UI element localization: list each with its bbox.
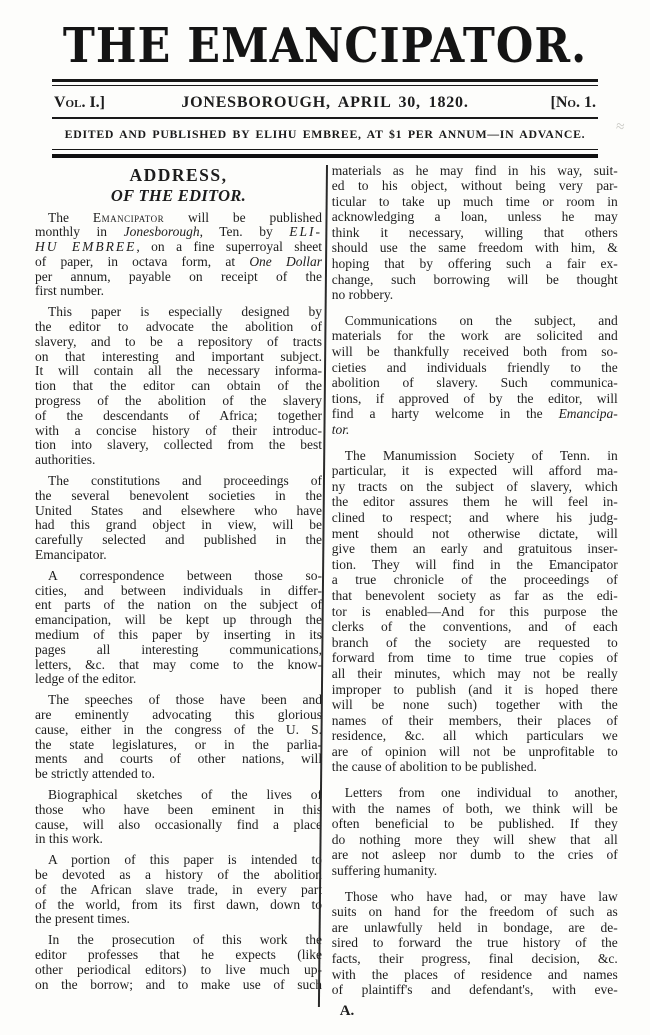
text-line: Those who have had, or may have law xyxy=(332,889,618,905)
text-line: will be thankfully received both from so… xyxy=(332,344,618,360)
paragraph: In the prosecution of this work theedito… xyxy=(35,933,322,992)
issue-label: [No. 1. xyxy=(551,92,596,113)
dateline: JONESBOROUGH, APRIL 30, 1820. xyxy=(52,92,598,113)
text-line: ed to his object, without being very par… xyxy=(332,178,618,194)
text-line: the editor assures them he will feel in- xyxy=(332,494,618,510)
text-line: clined to respect; and where his judg- xyxy=(332,510,618,526)
text-line: of plaintiff's and defendant's, with eve… xyxy=(332,982,618,998)
text-line: give them an early and gratuitous inser- xyxy=(332,541,618,557)
newspaper-page: THE EMANCIPATOR. Vol. I.] JONESBOROUGH, … xyxy=(0,0,650,1035)
text-line: facts, their progress, final decision, &… xyxy=(332,951,618,967)
text-line: be devoted as a history of the abolition xyxy=(35,868,322,883)
text-line: the editor to advocate the abolition of xyxy=(35,320,322,335)
text-line: per annum, payable on receipt of the xyxy=(35,270,322,285)
text-line: In the prosecution of this work the xyxy=(35,933,322,948)
text-line: cause, will also occasionally find a pla… xyxy=(35,818,322,833)
article-heading-line1: ADDRESS, xyxy=(35,165,322,186)
text-line: Emancipator. xyxy=(35,548,322,563)
text-line: cieties and individuals friendly to the xyxy=(332,360,618,376)
dateline-row: Vol. I.] JONESBOROUGH, APRIL 30, 1820. [… xyxy=(52,92,598,113)
printer-signature-mark: A. xyxy=(0,1003,650,1020)
text-line: of the descendants of Africa; together xyxy=(35,409,322,424)
text-line: hoping that by offering such a fair ex- xyxy=(332,256,618,272)
text-line: tor. xyxy=(332,422,618,438)
text-line: Letters from one individual to another, xyxy=(332,785,618,801)
text-line: The constitutions and proceedings of xyxy=(35,474,322,489)
paragraph: A correspondence between those so-cities… xyxy=(35,569,322,687)
text-line: ments and courts of other nations, will xyxy=(35,752,322,767)
text-line: no robbery. xyxy=(332,287,618,303)
text-line: monthly in Jonesborough, Ten. by ELI- xyxy=(35,225,322,240)
paragraph: Communications on the subject, andmateri… xyxy=(332,313,618,438)
text-line: A portion of this paper is intended to xyxy=(35,853,322,868)
text-line: a true chronicle of the proceedings of xyxy=(332,572,618,588)
text-line: The Emancipator will be published xyxy=(35,211,322,226)
text-line: often beneficial to be published. If the… xyxy=(332,816,618,832)
text-line: The speeches of those have been and xyxy=(35,693,322,708)
text-line: The Manumission Society of Tenn. in xyxy=(332,448,618,464)
text-line: forward from time to time true copies of xyxy=(332,650,618,666)
text-line: Communications on the subject, and xyxy=(332,313,618,329)
text-line: do nothing more they will shew that all xyxy=(332,832,618,848)
text-line: residence, &c. all which particulars we xyxy=(332,728,618,744)
text-line: clerks of the conventions, and of each xyxy=(332,619,618,635)
text-line: had this grand object in view, will be xyxy=(35,518,322,533)
text-line: letters, &c. that may come to the know- xyxy=(35,658,322,673)
text-line: of the African slave trade, in every par… xyxy=(35,883,322,898)
masthead: THE EMANCIPATOR. Vol. I.] JONESBOROUGH, … xyxy=(0,0,650,158)
text-line: tor is enabled—And for this purpose the xyxy=(332,604,618,620)
dateline-rule xyxy=(52,117,598,119)
text-line: are of opinion will not be unprofitable … xyxy=(332,744,618,760)
text-line: suffering humanity. xyxy=(332,863,618,879)
paragraph: materials as he may find in his way, sui… xyxy=(332,163,618,303)
text-line: improper to publish (and it is hoped the… xyxy=(332,682,618,698)
text-line: suits on hand for the freedom of such as xyxy=(332,904,618,920)
paragraph: Biographical sketches of the lives oftho… xyxy=(35,788,322,847)
text-line: are eminently advocating this glorious xyxy=(35,708,322,723)
text-line: authorities. xyxy=(35,453,322,468)
text-line: abolition of slavery. Such communica- xyxy=(332,375,618,391)
text-line: with a concise history of their introduc… xyxy=(35,424,322,439)
text-line: think it necessary, willing that others xyxy=(332,225,618,241)
text-line: on the borrow; and to make use of such xyxy=(35,978,322,993)
text-line: tion that the editor can obtain of the xyxy=(35,379,322,394)
text-line: with the names of both, we think will be xyxy=(332,801,618,817)
paragraph: The constitutions and proceedings ofthe … xyxy=(35,474,322,563)
text-line: the present times. xyxy=(35,912,322,927)
paragraph: The Manumission Society of Tenn. inparti… xyxy=(332,448,618,775)
text-line: of paper, in octava form, at One Dollar xyxy=(35,255,322,270)
text-line: be strictly attended to. xyxy=(35,767,322,782)
text-line: acknowledging a loan, unless he may xyxy=(332,209,618,225)
text-line: cities, and between individuals in diffe… xyxy=(35,584,322,599)
text-line: medium of this paper by inserting in its xyxy=(35,628,322,643)
text-line: names of their members, their places of xyxy=(332,713,618,729)
text-line: HU EMBREE, on a fine superroyal sheet xyxy=(35,240,322,255)
text-line: that benevolent society as far as the ed… xyxy=(332,588,618,604)
text-line: are not asleep nor dumb to the cries of xyxy=(332,847,618,863)
paper-title: THE EMANCIPATOR. xyxy=(0,19,650,74)
text-line: ment should not otherwise dictate, will xyxy=(332,526,618,542)
paragraph: The speeches of those have been andare e… xyxy=(35,693,322,782)
text-line: ny tracts on the subject of slavery, whi… xyxy=(332,479,618,495)
text-line: other periodical editors) to live much u… xyxy=(35,963,322,978)
text-line: in this work. xyxy=(35,832,322,847)
text-line: tion into slavery, collected from the be… xyxy=(35,438,322,453)
text-line: ledge of the editor. xyxy=(35,672,322,687)
text-line: materials for the work are solicited and xyxy=(332,328,618,344)
text-line: cause, either in the congress of the U. … xyxy=(35,723,322,738)
article-heading-line2: OF THE EDITOR. xyxy=(35,186,322,205)
text-line: carefully selected and published in the xyxy=(35,533,322,548)
text-line: the state legislatures, or in the parlia… xyxy=(35,738,322,753)
text-line: find a harty welcome in the Emancipa- xyxy=(332,406,618,422)
text-line: particular, it is expected will afford m… xyxy=(332,463,618,479)
paragraph: Letters from one individual to another,w… xyxy=(332,785,618,879)
text-line: should use the same freedom with him, & xyxy=(332,240,618,256)
text-line: all their minutes, which may not be real… xyxy=(332,666,618,682)
text-line: those who have been eminent in this xyxy=(35,803,322,818)
text-line: progress of the abolition of the slavery xyxy=(35,394,322,409)
text-line: tions, if approved of by the editor, wil… xyxy=(332,391,618,407)
text-line: editor professes that he expects (like xyxy=(35,948,322,963)
masthead-bottom-rule xyxy=(52,149,598,158)
text-line: pages all interesting communications, xyxy=(35,643,322,658)
text-line: emancipation, will be kept up through th… xyxy=(35,613,322,628)
text-line: A correspondence between those so- xyxy=(35,569,322,584)
paragraph: The Emancipator will be publishedmonthly… xyxy=(35,211,322,300)
text-line: sired to forward the true history of the xyxy=(332,935,618,951)
editor-line: EDITED AND PUBLISHED BY ELIHU EMBREE, AT… xyxy=(0,127,650,141)
paragraph: A portion of this paper is intended tobe… xyxy=(35,853,322,927)
text-line: will be none such) together with the xyxy=(332,697,618,713)
text-line: change, such borrowing will be thought xyxy=(332,272,618,288)
text-line: on that interesting and important subjec… xyxy=(35,350,322,365)
text-line: materials as he may find in his way, sui… xyxy=(332,163,618,179)
title-double-rule xyxy=(52,79,598,86)
text-line: of the world, from its first dawn, down … xyxy=(35,898,322,913)
article-body: ADDRESS, OF THE EDITOR. The Emancipator … xyxy=(35,163,619,1009)
text-line: first number. xyxy=(35,284,322,299)
text-line: are unlawfully held in bondage, are de- xyxy=(332,920,618,936)
right-column: materials as he may find in his way, sui… xyxy=(332,163,618,1009)
text-line: the cause of abolition to be published. xyxy=(332,759,618,775)
text-line: ticular to take up much time or room in xyxy=(332,194,618,210)
text-line: with the places of residence and names xyxy=(332,967,618,983)
text-line: tion. They will find in the Emancipator xyxy=(332,557,618,573)
text-line: the several benevolent societies in the xyxy=(35,489,322,504)
text-line: Biographical sketches of the lives of xyxy=(35,788,322,803)
left-column: ADDRESS, OF THE EDITOR. The Emancipator … xyxy=(35,163,322,1009)
text-line: slavery, and to be a repository of tract… xyxy=(35,335,322,350)
text-line: ent parts of the nation on the subject o… xyxy=(35,598,322,613)
text-line: This paper is especially designed by xyxy=(35,305,322,320)
text-line: branch of the society are requested to xyxy=(332,635,618,651)
text-line: United States and elsewhere who have xyxy=(35,504,322,519)
paragraph: Those who have had, or may have lawsuits… xyxy=(332,889,618,998)
paragraph: This paper is especially designed bythe … xyxy=(35,305,322,468)
text-line: It will contain all the necessary inform… xyxy=(35,364,322,379)
